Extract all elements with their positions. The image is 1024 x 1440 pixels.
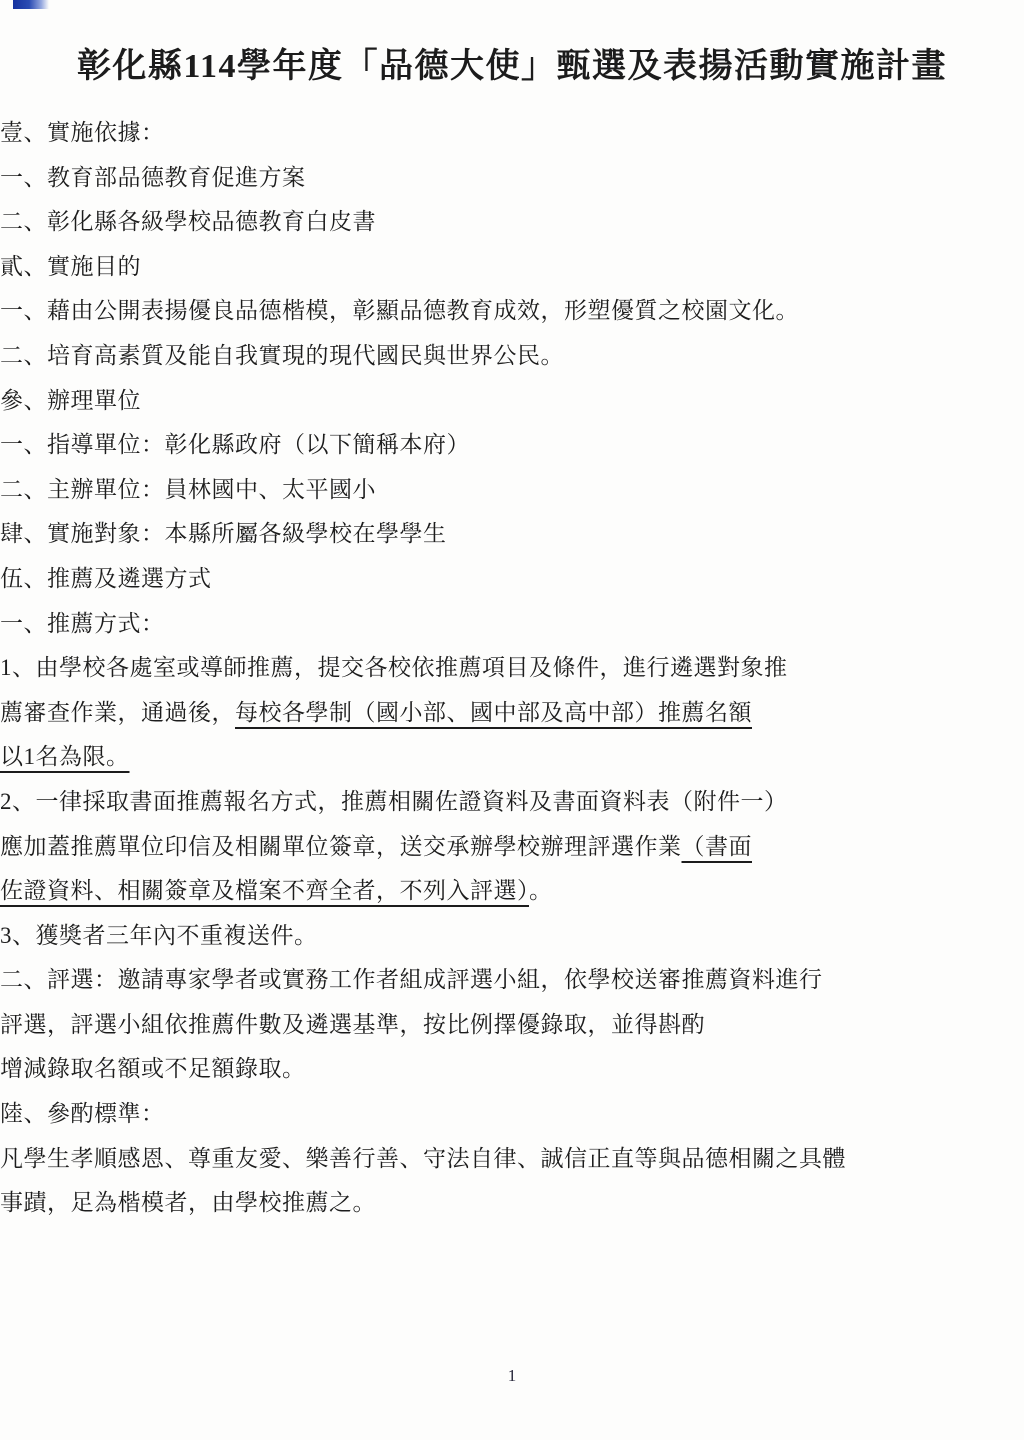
section-2-heading: 貳、實施目的 bbox=[0, 245, 1024, 290]
section-3-item-2: 二、主辦單位：員林國中、太平國小 bbox=[0, 468, 1024, 513]
section-5-sub-1-line-3: 以1名為限。 bbox=[0, 735, 1024, 780]
underlined-text: 每校各學制（國小部、國中部及高中部）推薦名額 bbox=[235, 700, 752, 725]
section-1-item-2: 二、彰化縣各級學校品德教育白皮書 bbox=[0, 200, 1024, 245]
section-6-body-line-1: 凡學生孝順感恩、尊重友愛、樂善行善、守法自律、誠信正直等與品德相關之具體 bbox=[0, 1137, 1024, 1182]
document-title: 彰化縣114學年度「品德大使」甄選及表揚活動實施計畫 bbox=[0, 0, 1024, 87]
document-body: 壹、實施依據： 一、教育部品德教育促進方案 二、彰化縣各級學校品德教育白皮書 貳… bbox=[0, 87, 1024, 1226]
section-5-sub-3-line-1: 3、獲獎者三年內不重複送件。 bbox=[0, 914, 1024, 959]
page-number: 1 bbox=[0, 1366, 1024, 1386]
section-6-heading: 陸、參酌標準： bbox=[0, 1092, 1024, 1137]
section-5-sub-2-line-3: 佐證資料、相關簽章及檔案不齊全者，不列入評選）。 bbox=[0, 869, 1024, 914]
section-5-sub-2-line-2: 應加蓋推薦單位印信及相關單位簽章，送交承辦學校辦理評選作業（書面 bbox=[0, 825, 1024, 870]
section-5-sub-1-line-2: 薦審查作業，通過後，每校各學制（國小部、國中部及高中部）推薦名額 bbox=[0, 691, 1024, 736]
underlined-text: 以1名為限。 bbox=[0, 744, 130, 769]
section-5-item-1-heading: 一、推薦方式： bbox=[0, 602, 1024, 647]
section-2-item-1: 一、藉由公開表揚優良品德楷模，彰顯品德教育成效，形塑優質之校園文化。 bbox=[0, 289, 1024, 334]
section-5-item-2-line-1: 二、評選：邀請專家學者或實務工作者組成評選小組，依學校送審推薦資料進行 bbox=[0, 958, 1024, 1003]
section-5-sub-1-line-1: 1、由學校各處室或導師推薦，提交各校依推薦項目及條件，進行遴選對象推 bbox=[0, 646, 1024, 691]
plain-text: 應加蓋推薦單位印信及相關單位簽章，送交承辦學校辦理評選作業 bbox=[0, 834, 682, 859]
section-5-heading: 伍、推薦及遴選方式 bbox=[0, 557, 1024, 602]
section-5-item-2-line-2: 評選，評選小組依推薦件數及遴選基準，按比例擇優錄取，並得斟酌 bbox=[0, 1003, 1024, 1048]
section-2-item-2: 二、培育高素質及能自我實現的現代國民與世界公民。 bbox=[0, 334, 1024, 379]
section-3-item-1: 一、指導單位：彰化縣政府（以下簡稱本府） bbox=[0, 423, 1024, 468]
section-5-sub-2-line-1: 2、一律採取書面推薦報名方式，推薦相關佐證資料及書面資料表（附件一） bbox=[0, 780, 1024, 825]
section-1-item-1: 一、教育部品德教育促進方案 bbox=[0, 156, 1024, 201]
section-5-item-2-line-3: 增減錄取名額或不足額錄取。 bbox=[0, 1047, 1024, 1092]
section-6-body-line-2: 事蹟，足為楷模者，由學校推薦之。 bbox=[0, 1181, 1024, 1226]
plain-text: 薦審查作業，通過後， bbox=[0, 700, 235, 725]
section-3-heading: 參、辦理單位 bbox=[0, 379, 1024, 424]
underlined-text: （書面 bbox=[682, 834, 753, 859]
document-page: 彰化縣114學年度「品德大使」甄選及表揚活動實施計畫 壹、實施依據： 一、教育部… bbox=[0, 0, 1024, 1440]
section-4-heading: 肆、實施對象：本縣所屬各級學校在學學生 bbox=[0, 512, 1024, 557]
scan-artifact-mark bbox=[13, 0, 49, 9]
section-1-heading: 壹、實施依據： bbox=[0, 111, 1024, 156]
plain-text: 。 bbox=[529, 878, 553, 903]
underlined-text: 佐證資料、相關簽章及檔案不齊全者，不列入評選） bbox=[0, 878, 529, 903]
